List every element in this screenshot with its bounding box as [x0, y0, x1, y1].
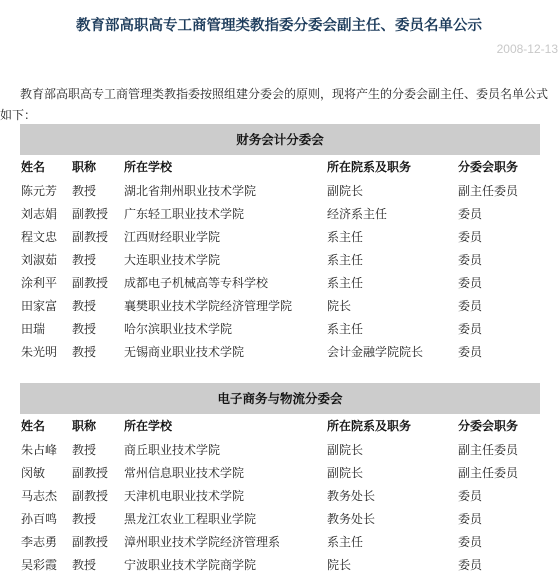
- member-name: 马志杰: [21, 485, 57, 508]
- member-committee-role: 委员: [458, 295, 482, 318]
- col-committee-role-header: 分委会职务: [458, 155, 518, 180]
- table-row: 吴彩霞教授宁波职业技术学院商学院院长委员: [20, 554, 540, 574]
- member-title: 教授: [72, 554, 96, 574]
- member-name: 闵敏: [21, 462, 45, 485]
- member-committee-role: 委员: [458, 272, 482, 295]
- table-row: 田瑞教授哈尔滨职业技术学院系主任委员: [20, 318, 540, 341]
- member-name: 陈元芳: [21, 180, 57, 203]
- table-header-row: 姓名 职称 所在学校 所在院系及职务 分委会职务: [20, 155, 540, 180]
- member-dept-role: 院长: [327, 554, 351, 574]
- committee-heading: 电子商务与物流分委会: [20, 383, 540, 414]
- member-title: 教授: [72, 249, 96, 272]
- member-name: 田瑞: [21, 318, 45, 341]
- table-row: 孙百鸣教授黑龙江农业工程职业学院教务处长委员: [20, 508, 540, 531]
- committee-heading: 财务会计分委会: [20, 124, 540, 155]
- member-school: 宁波职业技术学院商学院: [124, 554, 256, 574]
- member-school: 黑龙江农业工程职业学院: [124, 508, 256, 531]
- member-dept-role: 系主任: [327, 318, 363, 341]
- col-name-header: 姓名: [21, 155, 45, 180]
- member-title: 教授: [72, 180, 96, 203]
- table-row: 涂利平副教授成都电子机械高等专科学校系主任委员: [20, 272, 540, 295]
- col-dept-role-header: 所在院系及职务: [327, 414, 411, 439]
- member-name: 孙百鸣: [21, 508, 57, 531]
- table-header-row: 姓名 职称 所在学校 所在院系及职务 分委会职务: [20, 414, 540, 439]
- member-list: 陈元芳教授湖北省荆州职业技术学院副院长副主任委员刘志娟副教授广东轻工职业技术学院…: [20, 180, 540, 364]
- member-school: 襄樊职业技术学院经济管理学院: [124, 295, 292, 318]
- col-title-header: 职称: [72, 414, 96, 439]
- table-row: 陈元芳教授湖北省荆州职业技术学院副院长副主任委员: [20, 180, 540, 203]
- member-dept-role: 系主任: [327, 272, 363, 295]
- publish-date: 2008-12-13: [497, 42, 558, 56]
- member-name: 李志勇: [21, 531, 57, 554]
- member-school: 商丘职业技术学院: [124, 439, 220, 462]
- member-title: 教授: [72, 318, 96, 341]
- member-committee-role: 委员: [458, 341, 482, 364]
- member-committee-role: 副主任委员: [458, 462, 518, 485]
- member-school: 无锡商业职业技术学院: [124, 341, 244, 364]
- col-name-header: 姓名: [21, 414, 45, 439]
- member-name: 刘志娟: [21, 203, 57, 226]
- member-dept-role: 教务处长: [327, 485, 375, 508]
- member-committee-role: 副主任委员: [458, 180, 518, 203]
- member-school: 湖北省荆州职业技术学院: [124, 180, 256, 203]
- table-row: 闵敏副教授常州信息职业技术学院副院长副主任委员: [20, 462, 540, 485]
- member-committee-role: 委员: [458, 203, 482, 226]
- member-school: 漳州职业技术学院经济管理系: [124, 531, 280, 554]
- member-school: 江西财经职业学院: [124, 226, 220, 249]
- member-list: 朱占峰教授商丘职业技术学院副院长副主任委员闵敏副教授常州信息职业技术学院副院长副…: [20, 439, 540, 574]
- article-title: 教育部高职高专工商管理类教指委分委会副主任、委员名单公示: [0, 14, 558, 35]
- table-row: 马志杰副教授天津机电职业技术学院教务处长委员: [20, 485, 540, 508]
- member-dept-role: 教务处长: [327, 508, 375, 531]
- member-committee-role: 委员: [458, 318, 482, 341]
- member-school: 成都电子机械高等专科学校: [124, 272, 268, 295]
- member-school: 大连职业技术学院: [124, 249, 220, 272]
- member-committee-role: 委员: [458, 554, 482, 574]
- member-title: 副教授: [72, 531, 108, 554]
- member-title: 教授: [72, 341, 96, 364]
- member-name: 田家富: [21, 295, 57, 318]
- member-school: 哈尔滨职业技术学院: [124, 318, 232, 341]
- committee-finance: 财务会计分委会 姓名 职称 所在学校 所在院系及职务 分委会职务 陈元芳教授湖北…: [20, 124, 540, 364]
- member-title: 副教授: [72, 272, 108, 295]
- col-committee-role-header: 分委会职务: [458, 414, 518, 439]
- table-row: 朱光明教授无锡商业职业技术学院会计金融学院院长委员: [20, 341, 540, 364]
- member-dept-role: 副院长: [327, 462, 363, 485]
- member-dept-role: 会计金融学院院长: [327, 341, 423, 364]
- member-dept-role: 系主任: [327, 226, 363, 249]
- member-school: 天津机电职业技术学院: [124, 485, 244, 508]
- member-committee-role: 委员: [458, 508, 482, 531]
- member-title: 教授: [72, 295, 96, 318]
- table-row: 朱占峰教授商丘职业技术学院副院长副主任委员: [20, 439, 540, 462]
- member-committee-role: 副主任委员: [458, 439, 518, 462]
- member-dept-role: 副院长: [327, 180, 363, 203]
- member-name: 程文忠: [21, 226, 57, 249]
- member-dept-role: 系主任: [327, 531, 363, 554]
- member-name: 涂利平: [21, 272, 57, 295]
- member-school: 常州信息职业技术学院: [124, 462, 244, 485]
- member-name: 朱占峰: [21, 439, 57, 462]
- col-school-header: 所在学校: [124, 155, 172, 180]
- member-title: 教授: [72, 508, 96, 531]
- member-title: 副教授: [72, 226, 108, 249]
- table-row: 刘志娟副教授广东轻工职业技术学院经济系主任委员: [20, 203, 540, 226]
- intro-paragraph: 教育部高职高专工商管理类教指委按照组建分委会的原则，现将产生的分委会副主任、委员…: [0, 84, 556, 126]
- member-dept-role: 经济系主任: [327, 203, 387, 226]
- member-name: 吴彩霞: [21, 554, 57, 574]
- member-dept-role: 院长: [327, 295, 351, 318]
- member-title: 副教授: [72, 485, 108, 508]
- member-school: 广东轻工职业技术学院: [124, 203, 244, 226]
- table-row: 田家富教授襄樊职业技术学院经济管理学院院长委员: [20, 295, 540, 318]
- member-dept-role: 副院长: [327, 439, 363, 462]
- member-title: 教授: [72, 439, 96, 462]
- table-row: 程文忠副教授江西财经职业学院系主任委员: [20, 226, 540, 249]
- member-committee-role: 委员: [458, 249, 482, 272]
- table-row: 李志勇副教授漳州职业技术学院经济管理系系主任委员: [20, 531, 540, 554]
- member-name: 刘淑茹: [21, 249, 57, 272]
- member-title: 副教授: [72, 462, 108, 485]
- member-committee-role: 委员: [458, 226, 482, 249]
- member-name: 朱光明: [21, 341, 57, 364]
- member-dept-role: 系主任: [327, 249, 363, 272]
- member-committee-role: 委员: [458, 531, 482, 554]
- col-dept-role-header: 所在院系及职务: [327, 155, 411, 180]
- col-title-header: 职称: [72, 155, 96, 180]
- member-title: 副教授: [72, 203, 108, 226]
- table-row: 刘淑茹教授大连职业技术学院系主任委员: [20, 249, 540, 272]
- member-committee-role: 委员: [458, 485, 482, 508]
- committee-ecommerce-logistics: 电子商务与物流分委会 姓名 职称 所在学校 所在院系及职务 分委会职务 朱占峰教…: [20, 383, 540, 574]
- col-school-header: 所在学校: [124, 414, 172, 439]
